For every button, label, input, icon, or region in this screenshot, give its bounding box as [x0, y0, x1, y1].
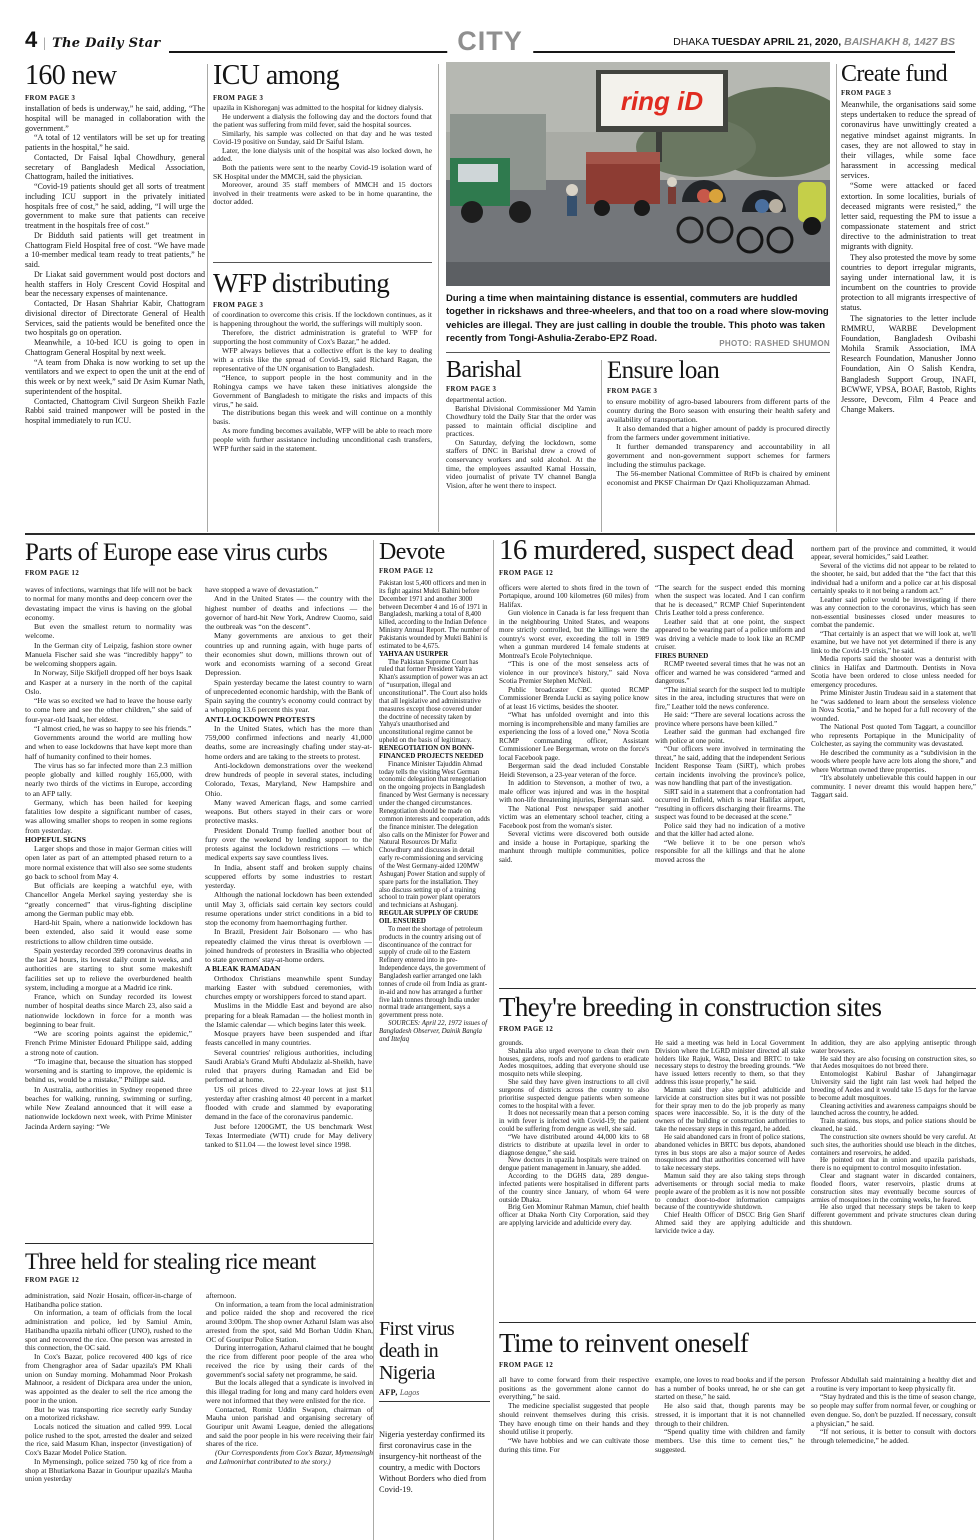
paragraph: WFP always believes that a collective ef…: [213, 347, 432, 374]
paragraph: The National Post newspaper said another…: [499, 805, 649, 830]
paragraph: In the German city of Leipzig, fashion s…: [25, 641, 192, 669]
paragraph: Mamun said they are also taking steps th…: [655, 1173, 805, 1212]
article-160-new-body: installation of beds is underway,” he sa…: [25, 104, 205, 530]
paragraph: On Saturday, defying the lockdown, some …: [446, 439, 596, 490]
paragraph: Governments around the world are mulling…: [25, 733, 192, 761]
paragraph: Similarly, his sample was collected on t…: [213, 130, 432, 147]
paragraph: Media reports said the shooter was a den…: [811, 655, 976, 689]
paragraph: On information, a team of officials from…: [25, 1309, 192, 1353]
dateline-city: DHAKA: [673, 36, 712, 48]
article-createfund-headline: Create fund: [841, 62, 976, 86]
paragraph: Barishal Divisional Commissioner Md Yami…: [446, 405, 596, 439]
article-icu-among: ICU among FROM PAGE 3: [213, 62, 432, 102]
section-title: CITY: [447, 26, 533, 57]
from-page-note: FROM PAGE 12: [379, 568, 490, 575]
article-barishal-headline: Barishal: [446, 358, 596, 382]
article-europe: Parts of Europe ease virus curbs FROM PA…: [25, 540, 372, 577]
paragraph: “We believe it to be one person who's re…: [655, 839, 805, 864]
paragraph: Clear and stagnant water in discarded co…: [811, 1173, 976, 1204]
paragraph: According to the DGHS data, 289 dengue-i…: [499, 1173, 649, 1204]
article-europe-headline: Parts of Europe ease virus curbs: [25, 540, 372, 566]
paragraph: Leather said police would be investigati…: [811, 596, 976, 630]
article-devote: Devote FROM PAGE 12: [379, 540, 490, 575]
article-ensure-loan: Ensure loan FROM PAGE 3: [607, 358, 830, 395]
paragraph: The distributions began this week and wi…: [213, 409, 432, 427]
article-icu-body: upazila in Kishoreganj was admitted to t…: [213, 104, 432, 258]
paragraph: Dr Liakat said government would post doc…: [25, 270, 205, 299]
article-devote-body: Pakistan lost 5,400 officers and men in …: [379, 580, 490, 1313]
article-barishal-body: departmental action.Barishal Divisional …: [446, 396, 596, 532]
paragraph: “Our officers were involved in terminati…: [655, 745, 805, 787]
paragraph: During interrogation, Azharul claimed th…: [206, 1344, 373, 1379]
paragraph: He said a meeting was held in Local Gove…: [655, 1040, 805, 1087]
paragraph: To meet the shortage of petroleum produc…: [379, 926, 490, 1020]
from-page-note: FROM PAGE 12: [499, 1362, 976, 1369]
from-page-note: FROM PAGE 3: [25, 95, 205, 102]
paragraph: Police said they had no indication of a …: [655, 822, 805, 839]
paragraph: Several of the victims did not appear to…: [811, 562, 976, 596]
paragraph: “That certainly is an aspect that we wil…: [811, 630, 976, 655]
paragraph: The Pakistan Supreme Court has ruled tha…: [379, 659, 490, 745]
paragraph: He underwent a dialysis the following da…: [213, 113, 432, 130]
paragraph: Larger shops and those in major German c…: [25, 844, 192, 881]
column-divider: [836, 64, 837, 532]
paragraph: He also urged that necessary steps be ta…: [811, 1204, 976, 1227]
paragraph: Hard-hit Spain, where a nationwide lockd…: [25, 918, 192, 946]
paragraph: Moreover, around 35 staff members of MMC…: [213, 181, 432, 207]
paragraph: “We have distributed around 44,000 kits …: [499, 1134, 649, 1157]
paragraph: SOURCES: April 22, 1972 issues of Bangla…: [379, 1020, 490, 1044]
from-page-note: FROM PAGE 3: [213, 302, 432, 309]
paragraph: Mosque prayers have been suspended and i…: [205, 1029, 372, 1048]
paragraph: example, one loves to read books and if …: [655, 1376, 805, 1402]
paragraph: He said they are also focusing on constr…: [811, 1056, 976, 1072]
article-reinvent: Time to reinvent oneself FROM PAGE 12: [499, 1330, 976, 1369]
paragraph: Brig Gen Mominur Rahman Mamun, chief hea…: [499, 1204, 649, 1227]
paragraph: “Spend quality time with children and fa…: [655, 1428, 805, 1454]
paragraph: “What has unfolded overnight and into th…: [499, 711, 649, 762]
from-page-note: FROM PAGE 12: [499, 570, 834, 577]
paragraph: He said abandoned cars in front of polic…: [655, 1134, 805, 1173]
paragraph: Just before 1200GMT, the US benchmark We…: [205, 1122, 372, 1150]
paragraph: As more funding becomes available, WFP w…: [213, 427, 432, 454]
paragraph: Several victims were discovered both out…: [499, 830, 649, 864]
section-rule: [25, 1243, 373, 1244]
article-ensure-headline: Ensure loan: [607, 358, 830, 384]
paragraph: “Covid-19 patients should get all sorts …: [25, 182, 205, 231]
paragraph: US oil prices dived to 22-year lows at j…: [205, 1085, 372, 1122]
paragraph: “A total of 12 ventilators will be set u…: [25, 133, 205, 153]
photo-credit: PHOTO: RASHED SHUMON: [719, 338, 830, 349]
page-number: 4: [25, 27, 37, 53]
paragraph: Therefore, the district administration i…: [213, 329, 432, 347]
paragraph: In the United States, which has the more…: [205, 724, 372, 761]
paragraph: In India, absent staff and broken supply…: [205, 863, 372, 891]
paragraph: He described the community as a “subdivi…: [811, 749, 976, 774]
paragraph: Many governments are anxious to get thei…: [205, 631, 372, 677]
paragraph: RCMP tweeted several times that he was n…: [655, 660, 805, 685]
article-wfp-body: of coordination to overcome this crisis.…: [213, 311, 432, 530]
header-separator: |: [43, 36, 46, 52]
paragraph: The 56-member National Committee of RtFb…: [607, 469, 830, 487]
paragraph: “He was so excited we had to leave the h…: [25, 696, 192, 724]
paragraph: But he was transporting rice secretly ea…: [25, 1406, 192, 1423]
article-breeding-col1: grounds.Shahnila also urged everyone to …: [499, 1040, 649, 1318]
article-barishal: Barishal FROM PAGE 3: [446, 358, 596, 393]
article-murdered-col2: “The search for the suspect ended this m…: [655, 584, 805, 984]
section-rule: [499, 988, 976, 989]
street-photo-illustration: ring iD: [446, 62, 830, 286]
byline-place: Lagos: [398, 1388, 420, 1397]
from-page-note: FROM PAGE 12: [25, 1277, 373, 1284]
article-create-fund: Create fund FROM PAGE 3: [841, 62, 976, 97]
paragraph: “To imagine that, because the situation …: [25, 1057, 192, 1085]
paragraph: Dr Bidduth said patients will get treatm…: [25, 231, 205, 270]
article-reinvent-headline: Time to reinvent oneself: [499, 1330, 976, 1358]
body-subhead: ANTI-LOCKDOWN PROTESTS: [205, 715, 372, 724]
paragraph: On information, a team from the local ad…: [206, 1301, 373, 1345]
body-subhead: RENEGOTIATION ON BONN-FINANCED PROJECTS …: [379, 745, 490, 761]
paragraph: officers were alerted to shots fired in …: [499, 584, 649, 609]
billboard-text: ring iD: [621, 86, 704, 116]
street-photo: ring iD: [446, 62, 830, 286]
column-divider: [493, 540, 494, 1540]
paragraph: The National Post quoted Tom Taggart, a …: [811, 723, 976, 748]
body-subhead: A BLEAK RAMADAN: [205, 964, 372, 973]
paragraph: Muslims in the Middle East and beyond ar…: [205, 1001, 372, 1029]
dateline: DHAKA TUESDAY APRIL 21, 2020, BAISHAKH 8…: [665, 36, 955, 48]
article-europe-col2: have stopped a wave of devastation.”And …: [205, 585, 372, 1235]
article-rice: Three held for stealing rice meant FROM …: [25, 1250, 373, 1284]
photo-caption: During a time when maintaining distance …: [446, 292, 830, 350]
dateline-bangla-date: BAISHAKH 8, 1427 BS: [841, 36, 955, 48]
paragraph: Although the national lockdown has been …: [205, 890, 372, 927]
from-page-note: FROM PAGE 3: [841, 90, 976, 97]
paragraph: to ensure mobility of agro-based laboure…: [607, 397, 830, 424]
paragraph: Many waved American flags, and some carr…: [205, 798, 372, 826]
paragraph: “We have hobbies and we can cultivate th…: [499, 1437, 649, 1454]
paragraph: But even the smallest return to normalit…: [25, 622, 192, 641]
article-devote-headline: Devote: [379, 540, 490, 564]
passenger: [709, 189, 723, 203]
paragraph: In Cox's Bazar, police recovered 400 kgs…: [25, 1353, 192, 1405]
paragraph: waves of infections, warnings that life …: [25, 585, 192, 622]
passenger: [769, 199, 783, 213]
paragraph: In addition to Stevenson, a mother of tw…: [499, 779, 649, 804]
paragraph: The virus has so far infected more than …: [25, 761, 192, 798]
article-breeding-col3: In addition, they are also applying anti…: [811, 1040, 976, 1318]
paragraph: They also protested the move by some cou…: [841, 253, 976, 314]
paragraph: It also demanded that a higher amount of…: [607, 424, 830, 442]
paragraph: It does not necessarily mean that a pers…: [499, 1110, 649, 1133]
paragraph: But officials are keeping a watchful eye…: [25, 881, 192, 918]
paragraph: Anti-lockdown demonstrations over the we…: [205, 761, 372, 798]
article-murdered: 16 murdered, suspect dead FROM PAGE 12: [499, 536, 834, 577]
paragraph: She said they have given instructions to…: [499, 1079, 649, 1110]
paragraph: administration, said Nozir Hosain, offic…: [25, 1292, 192, 1309]
paragraph: The construction site owners should be v…: [811, 1134, 976, 1157]
paragraph: “This is one of the most senseless acts …: [499, 660, 649, 685]
byline: AFP, Lagos: [379, 1388, 490, 1402]
paragraph: In Mymensingh, police seized 750 kg of r…: [25, 1458, 192, 1484]
header-left: 4 | The Daily Star: [25, 27, 169, 53]
from-page-note: FROM PAGE 3: [446, 386, 596, 393]
article-rice-col2: afternoon.On information, a team from th…: [206, 1292, 373, 1540]
paragraph: The medicine specialist suggested that p…: [499, 1402, 649, 1437]
body-subhead: YAHYA AN USURPER: [379, 651, 490, 659]
article-murdered-headline: 16 murdered, suspect dead: [499, 536, 834, 566]
article-createfund-body: Meanwhile, the organisations said some s…: [841, 100, 976, 530]
paragraph: He also said that, though parents may be…: [655, 1402, 805, 1428]
paragraph: Spain yesterday recorded 399 coronavirus…: [25, 946, 192, 992]
paragraph: Both the patients were sent to the nearb…: [213, 164, 432, 181]
article-reinvent-col3: Professor Abdullah said maintaining a he…: [811, 1376, 976, 1540]
paragraph: But the locals alleged that a syndicate …: [206, 1379, 373, 1405]
paragraph: Finance Minister Tajuddin Ahmad today te…: [379, 761, 490, 910]
article-icu-headline: ICU among: [213, 62, 432, 91]
byline-agency: AFP,: [379, 1388, 398, 1397]
paragraph: He pointed out that in union and upazila…: [811, 1157, 976, 1173]
paragraph: Contacted, Dr Hasan Shahriar Kabir, Chat…: [25, 299, 205, 338]
dateline-date: TUESDAY APRIL 21, 2020,: [712, 36, 842, 48]
article-wfp: WFP distributing FROM PAGE 3: [213, 270, 432, 309]
paragraph: Nigeria yesterday confirmed its first co…: [379, 1430, 490, 1496]
paragraph: Professor Abdullah said maintaining a he…: [811, 1376, 976, 1393]
paragraph: Orthodox Christians meanwhile spent Sund…: [205, 974, 372, 1002]
article-160-new: 160 new FROM PAGE 3: [25, 62, 205, 102]
paragraph: It further demanded transparency and acc…: [607, 442, 830, 469]
paragraph: And in the United States — the country w…: [205, 594, 372, 631]
paragraph: Shahnila also urged everyone to clean th…: [499, 1048, 649, 1079]
paragraph: have stopped a wave of devastation.”: [205, 585, 372, 594]
section-rule: [499, 1322, 976, 1323]
article-divider: [446, 352, 830, 353]
paragraph: “The initial search for the suspect led …: [655, 686, 805, 711]
paragraph: In Norway, Silje Skifjell dropped off he…: [25, 668, 192, 696]
article-reinvent-col1: all have to come forward from their resp…: [499, 1376, 649, 1540]
passenger: [755, 199, 769, 213]
article-160-new-headline: 160 new: [25, 62, 205, 91]
paragraph: Locals noticed the situation and called …: [25, 1423, 192, 1458]
article-murdered-col1: officers were alerted to shots fired in …: [499, 584, 649, 984]
paragraph: President Donald Trump fuelled another b…: [205, 826, 372, 863]
paragraph: “The search for the suspect ended this m…: [655, 584, 805, 618]
body-subhead: FIRES BURNED: [655, 652, 805, 660]
article-breeding-col2: He said a meeting was held in Local Gove…: [655, 1040, 805, 1318]
paragraph: all have to come forward from their resp…: [499, 1376, 649, 1402]
body-subhead: REGULAR SUPPLY OF CRUDE OIL ENSURED: [379, 910, 490, 926]
paragraph: “Some were attacked or faced extortion. …: [841, 181, 976, 252]
paragraph: “We are scoring points against the epide…: [25, 1029, 192, 1057]
paragraph: Contacted, Dr Faisal Iqbal Chowdhury, ge…: [25, 153, 205, 182]
paragraph: In Australia, authorities in Sydney reop…: [25, 1085, 192, 1131]
paragraph: Meanwhile, the organisations said some s…: [841, 100, 976, 181]
column-divider: [373, 540, 374, 1540]
article-breeding-headline: They're breeding in construction sites: [499, 994, 976, 1022]
paragraph: Chief Health Officer of DSCC Brig Gen Sh…: [655, 1212, 805, 1235]
article-reinvent-col2: example, one loves to read books and if …: [655, 1376, 805, 1540]
paragraph: Contacted, Chattogram Civil Surgeon Shei…: [25, 397, 205, 426]
paragraph: “If not serious, it is better to consult…: [811, 1428, 976, 1445]
paragraph: Meanwhile, a 10-bed ICU is going to open…: [25, 338, 205, 358]
article-rice-headline: Three held for stealing rice meant: [25, 1250, 373, 1273]
paragraph: New doctors in upazila hospitals were tr…: [499, 1157, 649, 1173]
paragraph: installation of beds is underway,” he sa…: [25, 104, 205, 133]
paragraph: In Brazil, President Jair Bolsonaro — wh…: [205, 927, 372, 964]
article-murdered-col3: northern part of the province and commit…: [811, 545, 976, 984]
column-divider: [207, 64, 208, 532]
from-page-note: FROM PAGE 3: [607, 388, 830, 395]
paragraph: “Stay hydrated and this is the time of s…: [811, 1393, 976, 1428]
paragraph: Entomologist Kabirul Bashar of Jahangirn…: [811, 1071, 976, 1102]
article-divider: [213, 262, 432, 263]
paragraph: In addition, they are also applying anti…: [811, 1040, 976, 1056]
paragraph: Train stations, bus stops, and police st…: [811, 1118, 976, 1134]
body-subhead: HOPEFUL SIGNS: [25, 835, 192, 844]
paragraph: Bergerman said the dead included Constab…: [499, 762, 649, 779]
paragraph: Later, the lone dialysis unit of the hos…: [213, 147, 432, 164]
paragraph: Germany, which has been hailed for keepi…: [25, 798, 192, 835]
paragraph: Leather said that at one point, the susp…: [655, 618, 805, 652]
article-nigeria-headline: First virus death in Nigeria: [379, 1318, 490, 1384]
paragraph: “I almost cried, he was so happy to see …: [25, 724, 192, 733]
paragraph: Gun violence in Canada is far less frequ…: [499, 609, 649, 660]
article-europe-col1: waves of infections, warnings that life …: [25, 585, 192, 1235]
article-breeding: They're breeding in construction sites F…: [499, 994, 976, 1033]
column-divider: [601, 360, 602, 532]
paragraph: northern part of the province and commit…: [811, 545, 976, 562]
paragraph: (Our Correspondents from Cox's Bazar, My…: [206, 1449, 373, 1466]
article-rice-col1: administration, said Nozir Hosain, offic…: [25, 1292, 192, 1540]
paragraph: Prime Minister Justin Trudeau said in a …: [811, 689, 976, 723]
paragraph: Leather said the gunman had exchanged fi…: [655, 728, 805, 745]
paragraph: of coordination to overcome this crisis.…: [213, 311, 432, 329]
paragraph: Mamun said they also applied adulticide …: [655, 1087, 805, 1134]
paragraph: Spain yesterday became the latest countr…: [205, 678, 372, 715]
newspaper-page: 4 | The Daily Star CITY DHAKA TUESDAY AP…: [0, 0, 980, 1540]
column-divider: [438, 64, 439, 532]
paragraph: “A team from Dhaka is now working to set…: [25, 358, 205, 397]
paragraph: Contacted, Romiz Uddin Swapon, chairman …: [206, 1406, 373, 1450]
paragraph: “Hence, to support people in the host co…: [213, 374, 432, 410]
paragraph: SiRT said in a statement that a confront…: [655, 788, 805, 822]
paragraph: The signatories to the letter include RM…: [841, 314, 976, 416]
passenger: [697, 189, 711, 203]
paragraph: Cleaning activities and awareness campai…: [811, 1103, 976, 1119]
paragraph: France, which on Sunday recorded its low…: [25, 992, 192, 1029]
paragraph: “It's absolutely unbelievable this could…: [811, 774, 976, 799]
paragraph: He said: “There are several locations ac…: [655, 711, 805, 728]
paragraph: Several countries' religious authorities…: [205, 1048, 372, 1085]
masthead-logo: The Daily Star: [52, 36, 160, 51]
article-nigeria-body: Nigeria yesterday confirmed its first co…: [379, 1430, 490, 1538]
from-page-note: FROM PAGE 3: [213, 95, 432, 102]
article-nigeria: First virus death in Nigeria AFP, Lagos: [379, 1318, 490, 1402]
from-page-note: FROM PAGE 12: [25, 570, 372, 577]
article-ensure-body: to ensure mobility of agro-based laboure…: [607, 397, 830, 532]
paragraph: Pakistan lost 5,400 officers and men in …: [379, 580, 490, 651]
from-page-note: FROM PAGE 12: [499, 1026, 976, 1033]
article-wfp-headline: WFP distributing: [213, 270, 432, 298]
photo-caption-text: During a time when maintaining distance …: [446, 293, 829, 344]
paragraph: Public broadcaster CBC quoted RCMP Commi…: [499, 686, 649, 711]
